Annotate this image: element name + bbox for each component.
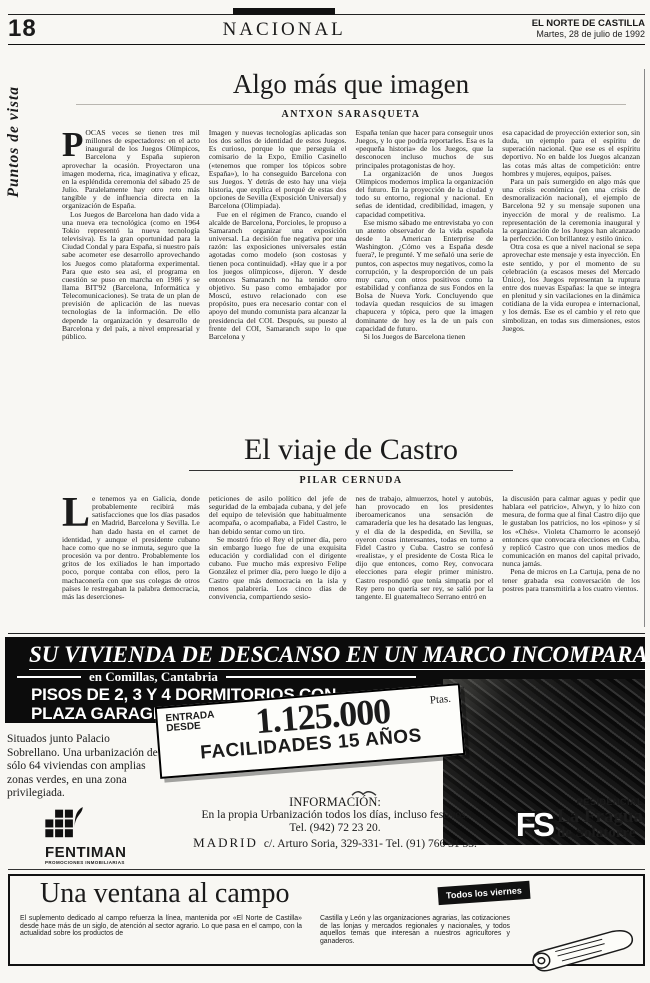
- ad-description: Situados junto Palacio Sobrellano. Una u…: [7, 733, 165, 801]
- header-bottom-rule: [8, 44, 645, 45]
- ad-info-title: INFORMACIÓN:: [170, 795, 500, 809]
- paragraph: peticiones de asilo político del jefe de…: [209, 495, 347, 536]
- ad-residential: SU VIVIENDA DE DESCANSO EN UN MARCO INCO…: [5, 637, 645, 867]
- la-fragua-mark-icon: FS: [516, 810, 552, 840]
- article-byline: ANTXON SARASQUETA: [62, 109, 640, 121]
- la-fragua-name-line1: La Fragua: [557, 808, 643, 826]
- entrada-line2: DESDE: [166, 720, 216, 734]
- text-column: esa capacidad de proyección exterior son…: [502, 129, 640, 425]
- article-title: El viaje de Castro: [62, 433, 640, 466]
- paragraph: nes de trabajo, almuerzos, hotel y autob…: [356, 495, 494, 601]
- paragraph: Se mostró frío el Rey el primer día, per…: [209, 536, 347, 601]
- paragraph: España tenían que hacer para conseguir u…: [356, 129, 494, 170]
- section-block: NACIONAL: [37, 19, 532, 40]
- article-columns: Le tenemos ya en Galicia, donde probable…: [62, 495, 640, 623]
- ad-banner-subtitle: en Comillas, Cantabria: [89, 670, 218, 684]
- article-algo-mas-que-imagen: Algo más que imagen ANTXON SARASQUETA PO…: [62, 69, 640, 425]
- text-column: la discusión para calmar aguas y pedir q…: [502, 495, 640, 623]
- la-fragua-logo: RESIDENCIAL FS La Fragua de Solatorre: [467, 797, 643, 841]
- text-column: Le tenemos ya en Galicia, donde probable…: [62, 495, 200, 623]
- paragraph: esa capacidad de proyección exterior son…: [502, 129, 640, 178]
- text-column: peticiones de asilo político del jefe de…: [209, 495, 347, 623]
- editorial-section: Algo más que imagen ANTXON SARASQUETA PO…: [8, 69, 645, 627]
- drop-cap: P: [62, 130, 83, 159]
- dash-rule: [226, 676, 416, 678]
- section-title: NACIONAL: [223, 19, 346, 40]
- fentiman-logo-icon: [45, 826, 83, 843]
- title-rule: [76, 104, 626, 105]
- paragraph: POCAS veces se tienen tres mil millones …: [62, 129, 200, 211]
- ad-info-madrid: MADRIDc/. Arturo Soria, 329-331- Tel. (9…: [170, 835, 500, 852]
- newspaper-page: 18 NACIONAL EL NORTE DE CASTILLA Martes,…: [0, 0, 650, 983]
- price-entrada-label: ENTRADA DESDE: [165, 710, 215, 734]
- text-column: POCAS veces se tienen tres mil millones …: [62, 129, 200, 425]
- paragraph: Le tenemos ya en Galicia, donde probable…: [62, 495, 200, 601]
- ad-campo-title: Una ventana al campo: [40, 878, 633, 910]
- la-fragua-name-line2: de Solatorre: [557, 826, 643, 841]
- text-column: España tenían que hacer para conseguir u…: [356, 129, 494, 425]
- paragraph: Si los Juegos de Barcelona tienen: [356, 333, 494, 341]
- article-columns: POCAS veces se tienen tres mil millones …: [62, 129, 640, 425]
- page-number: 18: [8, 18, 37, 40]
- la-fragua-name: La Fragua de Solatorre: [557, 808, 643, 841]
- ad-divider-rule: [8, 869, 645, 870]
- ad-campo: Una ventana al campo Todos los viernes E…: [8, 874, 645, 966]
- article-el-viaje-de-castro: El viaje de Castro PILAR CERNUDA Le tene…: [62, 433, 640, 623]
- paragraph: Imagen y nuevas tecnologías aplicadas so…: [209, 129, 347, 211]
- paragraph: Para un país sumergido en algo más que u…: [502, 178, 640, 243]
- dash-rule: [17, 676, 81, 678]
- paragraph: Ese mismo sábado me entrevistaba yo con …: [356, 219, 494, 333]
- paragraph: Fue en el régimen de Franco, cuando el a…: [209, 211, 347, 342]
- text-column: Imagen y nuevas tecnologías aplicadas so…: [209, 129, 347, 425]
- price-currency: Ptas.: [429, 693, 451, 707]
- title-rule: [189, 470, 513, 471]
- ad-campo-text-left: El suplemento dedicado al campo refuerza…: [20, 915, 302, 945]
- text-column: nes de trabajo, almuerzos, hotel y autob…: [356, 495, 494, 623]
- ad-info-city: MADRID: [193, 835, 258, 850]
- section-black-bar: [233, 8, 335, 15]
- paragraph: Otra cosa es que a nivel nacional se sep…: [502, 243, 640, 333]
- ad-info-address: c/. Arturo Soria, 329-331- Tel. (91) 766…: [264, 838, 477, 850]
- fentiman-name: FENTIMAN: [45, 845, 165, 860]
- paragraph: La organización de unos Juegos Olímpicos…: [356, 170, 494, 219]
- fentiman-logo: FENTIMAN PROMOCIONES INMOBILIARIAS: [45, 807, 165, 866]
- masthead-block: EL NORTE DE CASTILLA Martes, 28 de julio…: [532, 18, 645, 40]
- paragraph: Pena de micros en La Cartuja, pena de no…: [502, 568, 640, 592]
- ad-banner-title: SU VIVIENDA DE DESCANSO EN UN MARCO INCO…: [29, 642, 650, 670]
- paragraph: Los Juegos de Barcelona han dado vida a …: [62, 211, 200, 342]
- paragraph: la discusión para calmar aguas y pedir q…: [502, 495, 640, 568]
- ad-info-block: INFORMACIÓN: En la propia Urbanización t…: [170, 795, 500, 852]
- ad-info-phone: Tel. (942) 72 23 20.: [170, 822, 500, 835]
- fentiman-subtitle: PROMOCIONES INMOBILIARIAS: [45, 860, 165, 866]
- masthead: EL NORTE DE CASTILLA: [532, 18, 645, 29]
- section-divider: [8, 633, 645, 634]
- newspapers-icon: [527, 925, 639, 980]
- ad-campo-text-right: Castilla y León y las organizaciones agr…: [320, 915, 510, 945]
- page-header: 18 NACIONAL EL NORTE DE CASTILLA Martes,…: [0, 0, 650, 45]
- issue-date: Martes, 28 de julio de 1992: [532, 29, 645, 40]
- drop-cap: L: [62, 496, 90, 531]
- ad-info-line: En la propia Urbanización todos los días…: [170, 809, 500, 822]
- article-title: Algo más que imagen: [62, 69, 640, 99]
- article-byline: PILAR CERNUDA: [62, 475, 640, 487]
